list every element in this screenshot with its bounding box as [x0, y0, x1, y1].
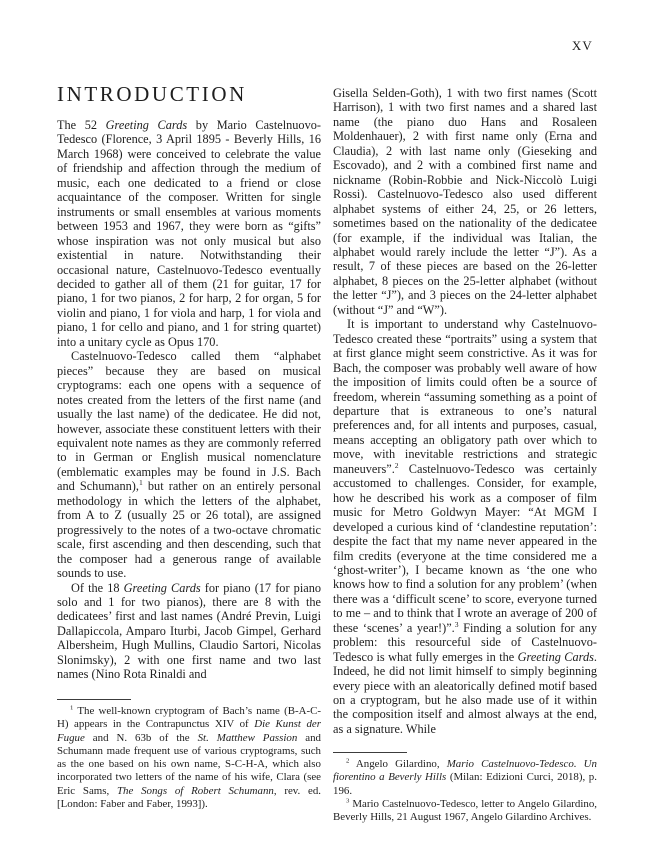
- text-run: but rather on an entirely personal metho…: [57, 479, 321, 580]
- italic-text: Greeting Cards: [106, 118, 188, 132]
- right-footnote-block: 2 Angelo Gilardino, Mario Castelnuovo-Te…: [333, 752, 597, 824]
- text-run: Castelnuovo-Tedesco called them “alphabe…: [57, 349, 321, 493]
- right-column: Gisella Selden-Goth), 1 with two first n…: [333, 86, 597, 749]
- intro-paragraph-3: Of the 18 Greeting Cards for piano (17 f…: [57, 581, 321, 682]
- text-run: It is important to understand why Castel…: [333, 317, 597, 476]
- left-footnote-block: 1 The well-known cryptogram of Bach’s na…: [57, 699, 321, 811]
- text-run: Of the 18: [71, 581, 124, 595]
- footnote-3: 3 Mario Castelnuovo-Tedesco, letter to A…: [333, 798, 597, 825]
- italic-text: Greeting Cards: [518, 650, 594, 664]
- page-number: XV: [333, 38, 593, 54]
- portraits-paragraph: It is important to understand why Castel…: [333, 317, 597, 736]
- book-page: XV INTRODUCTION The 52 Greeting Cards by…: [0, 0, 651, 864]
- left-column-body: The 52 Greeting Cards by Mario Castelnuo…: [57, 118, 321, 682]
- footnote-2: 2 Angelo Gilardino, Mario Castelnuovo-Te…: [333, 758, 597, 798]
- right-column-body: Gisella Selden-Goth), 1 with two first n…: [333, 86, 597, 736]
- text-run: Castelnuovo-Tedesco was certainly accust…: [333, 462, 597, 635]
- intro-paragraph-2: Castelnuovo-Tedesco called them “alphabe…: [57, 349, 321, 580]
- text-run: Gisella Selden-Goth), 1 with two first n…: [333, 86, 597, 317]
- text-run: Mario Castelnuovo-Tedesco, letter to Ang…: [333, 798, 597, 823]
- footnote-separator: [57, 699, 131, 700]
- left-column: INTRODUCTION The 52 Greeting Cards by Ma…: [57, 82, 321, 702]
- continuation-paragraph: Gisella Selden-Goth), 1 with two first n…: [333, 86, 597, 317]
- right-footnotes: 2 Angelo Gilardino, Mario Castelnuovo-Te…: [333, 758, 597, 824]
- italic-text: The Songs of Robert Schumann: [117, 785, 274, 797]
- footnote-1: 1 The well-known cryptogram of Bach’s na…: [57, 705, 321, 811]
- italic-text: St. Matthew Passion: [198, 732, 298, 744]
- text-run: The 52: [57, 118, 106, 132]
- section-title: INTRODUCTION: [57, 82, 321, 106]
- text-run: and N. 63b of the: [85, 732, 198, 744]
- text-run: for piano (17 for piano solo and 1 for t…: [57, 581, 321, 682]
- text-run: by Mario Castelnuovo-Tedesco (Florence, …: [57, 118, 321, 349]
- italic-text: Greeting Cards: [124, 581, 201, 595]
- text-run: Angelo Gilardino,: [349, 758, 446, 770]
- intro-paragraph-1: The 52 Greeting Cards by Mario Castelnuo…: [57, 118, 321, 349]
- footnote-separator: [333, 752, 407, 753]
- left-footnotes: 1 The well-known cryptogram of Bach’s na…: [57, 705, 321, 811]
